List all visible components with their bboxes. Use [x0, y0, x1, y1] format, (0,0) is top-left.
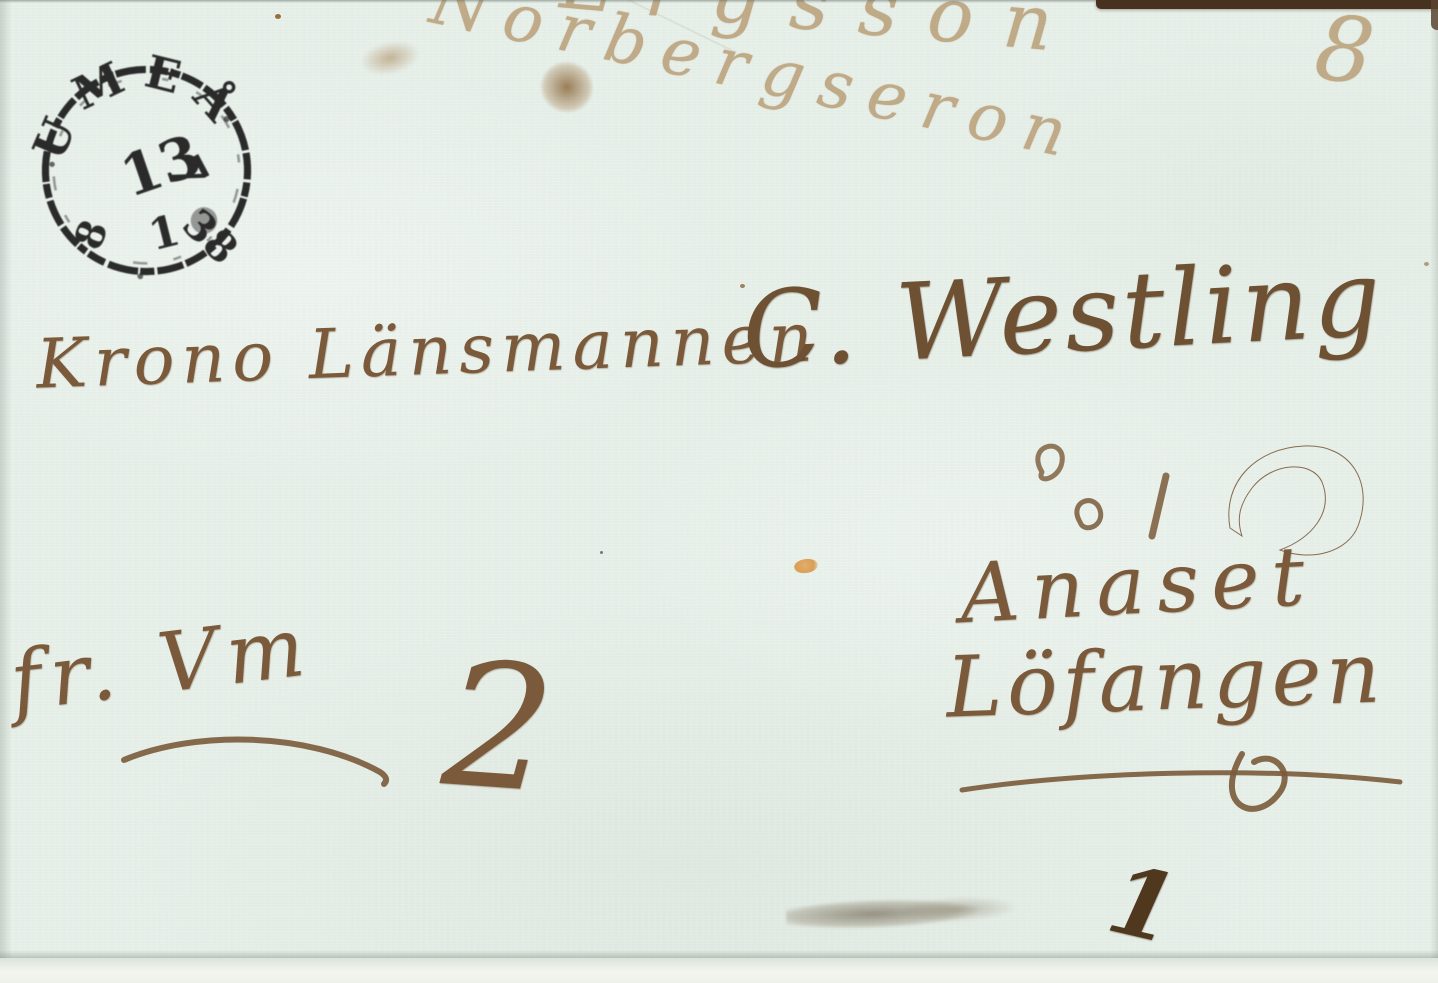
- paper-speck: [275, 14, 281, 19]
- address-locality: Anaset: [958, 536, 1318, 637]
- bottom-fold-shadow: [0, 950, 1438, 958]
- scan-right-corner-edge: [1431, 0, 1438, 30]
- scan-right-shadow: [1430, 30, 1438, 983]
- ink-smudge: [785, 892, 1016, 934]
- postmark-speck: [49, 161, 55, 167]
- postmark-stamp: UMEÅ 13 7 1 8 38: [5, 29, 289, 313]
- address-title: Krono Länsmannen: [35, 304, 821, 399]
- bottom-paper-edge: [0, 958, 1438, 983]
- paper-speck: [740, 284, 745, 288]
- address-name: C. Westling: [740, 245, 1386, 384]
- paper-speck: [1424, 262, 1429, 266]
- address-parish: Löfangen: [945, 630, 1387, 729]
- wax-spot: [793, 557, 819, 574]
- parish-underline: [950, 748, 1415, 838]
- letter-scan: UMEÅ 13 7 1 8 38 Ergsson Norbergseron 8 …: [0, 0, 1438, 983]
- faint-ink-mark: [346, 28, 433, 88]
- rate-numeral: 2: [438, 638, 559, 817]
- franco-underline: [112, 720, 407, 805]
- postmark-bottom-left: 8: [66, 214, 118, 256]
- scan-left-shadow: [0, 0, 12, 983]
- corner-numeral: 8: [1311, 3, 1379, 99]
- franco-note: fr. Vm: [6, 606, 317, 724]
- bottom-numeral: 1: [1100, 852, 1185, 958]
- scan-top-right-edge: [1096, 0, 1438, 9]
- paper-speck: [600, 551, 603, 554]
